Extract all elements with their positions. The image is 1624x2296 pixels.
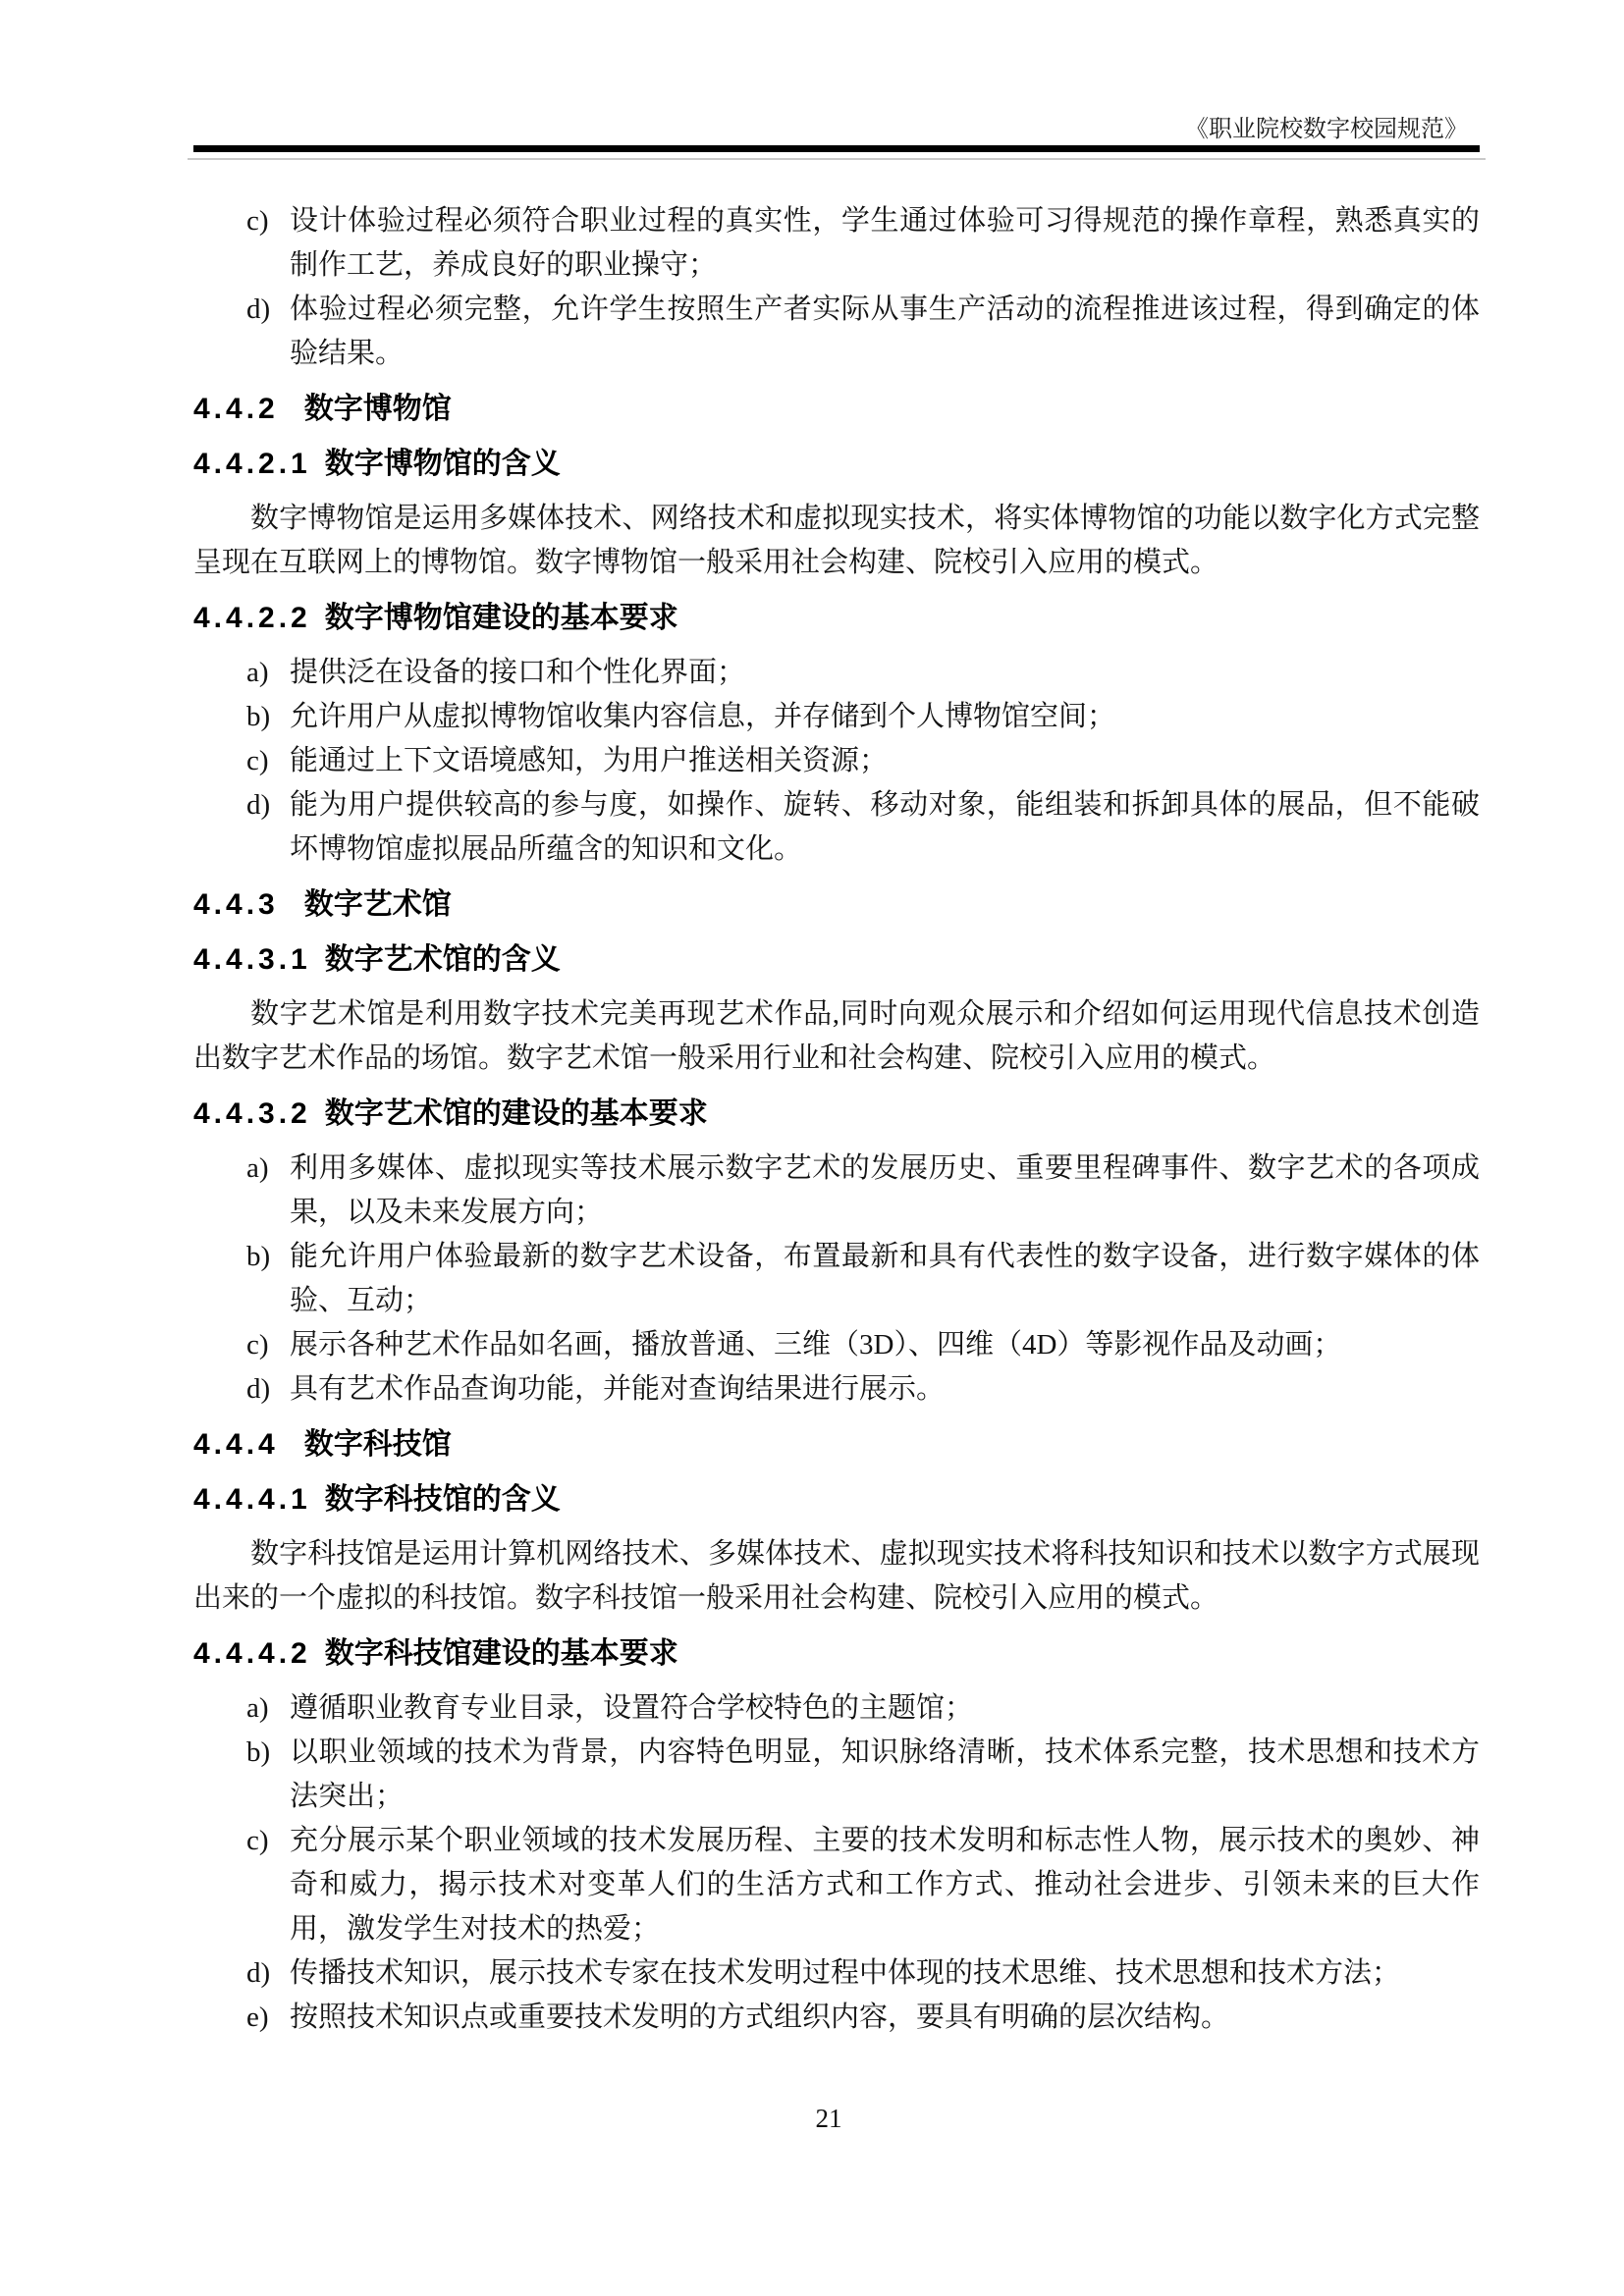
- section-title: 数字艺术馆的含义: [325, 943, 561, 976]
- list-item-text: 能为用户提供较高的参与度，如操作、旋转、移动对象，能组装和拆卸具体的展品，但不能…: [290, 789, 1480, 865]
- section-heading-4-4-4-2: 4.4.4.2数字科技馆建设的基本要求: [193, 1631, 1480, 1676]
- list-item-marker: a): [246, 651, 269, 695]
- list-item: b) 能允许用户体验最新的数字艺术设备，布置最新和具有代表性的数字设备，进行数字…: [193, 1235, 1480, 1323]
- list-item-marker: c): [246, 739, 269, 783]
- section-number: 4.4.4.1: [193, 1483, 311, 1516]
- list-item: c) 能通过上下文语境感知，为用户推送相关资源；: [193, 739, 1480, 783]
- page-number: 21: [0, 2103, 1624, 2134]
- section-number: 4.4.3: [193, 888, 279, 921]
- list-item-text: 设计体验过程必须符合职业过程的真实性，学生通过体验可习得规范的操作章程，熟悉真实…: [290, 205, 1480, 281]
- section-number: 4.4.2: [193, 393, 279, 425]
- list-item-text: 展示各种艺术作品如名画，播放普通、三维（3D）、四维（4D）等影视作品及动画；: [290, 1329, 1341, 1361]
- header-rule: [193, 145, 1480, 152]
- list-item-text: 传播技术知识，展示技术专家在技术发明过程中体现的技术思维、技术思想和技术方法；: [290, 1957, 1400, 1989]
- list-item-text: 允许用户从虚拟博物馆收集内容信息，并存储到个人博物馆空间；: [290, 701, 1115, 732]
- list-item-text: 能通过上下文语境感知，为用户推送相关资源；: [290, 745, 888, 776]
- document-body: c) 设计体验过程必须符合职业过程的真实性，学生通过体验可习得规范的操作章程，熟…: [193, 199, 1480, 2040]
- section-title: 数字博物馆: [304, 393, 452, 425]
- list-item-text: 以职业领域的技术为背景，内容特色明显，知识脉络清晰，技术体系完整，技术思想和技术…: [290, 1736, 1480, 1812]
- section-heading-4-4-2-2: 4.4.2.2数字博物馆建设的基本要求: [193, 596, 1480, 640]
- list-item-marker: b): [246, 695, 270, 739]
- section-title: 数字博物馆的含义: [325, 448, 561, 480]
- section-heading-4-4-2: 4.4.2数字博物馆: [193, 387, 1480, 431]
- list-item: e) 按照技术知识点或重要技术发明的方式组织内容，要具有明确的层次结构。: [193, 1996, 1480, 2040]
- list-item: b) 以职业领域的技术为背景，内容特色明显，知识脉络清晰，技术体系完整，技术思想…: [193, 1731, 1480, 1819]
- section-heading-4-4-3: 4.4.3数字艺术馆: [193, 882, 1480, 927]
- list-item: c) 展示各种艺术作品如名画，播放普通、三维（3D）、四维（4D）等影视作品及动…: [193, 1323, 1480, 1367]
- list-item-marker: e): [246, 1996, 269, 2040]
- list-item-marker: c): [246, 1819, 269, 1863]
- paragraph: 数字科技馆是运用计算机网络技术、多媒体技术、虚拟现实技术将科技知识和技术以数字方…: [193, 1532, 1480, 1621]
- section-number: 4.4.3.2: [193, 1097, 311, 1130]
- section-number: 4.4.2.1: [193, 448, 311, 480]
- list-item-marker: a): [246, 1686, 269, 1731]
- document-page: 《职业院校数字校园规范》 c) 设计体验过程必须符合职业过程的真实性，学生通过体…: [0, 0, 1624, 2296]
- list-item: d) 体验过程必须完整，允许学生按照生产者实际从事生产活动的流程推进该过程，得到…: [193, 288, 1480, 376]
- paragraph: 数字艺术馆是利用数字技术完美再现艺术作品,同时向观众展示和介绍如何运用现代信息技…: [193, 992, 1480, 1081]
- list-item: d) 传播技术知识，展示技术专家在技术发明过程中体现的技术思维、技术思想和技术方…: [193, 1951, 1480, 1996]
- section-title: 数字科技馆建设的基本要求: [325, 1637, 678, 1670]
- list-item-marker: d): [246, 783, 270, 828]
- section-title: 数字博物馆建设的基本要求: [325, 602, 678, 634]
- list-item-text: 按照技术知识点或重要技术发明的方式组织内容，要具有明确的层次结构。: [290, 2002, 1229, 2033]
- section-number: 4.4.4.2: [193, 1637, 311, 1670]
- list-item: a) 利用多媒体、虚拟现实等技术展示数字艺术的发展历史、重要里程碑事件、数字艺术…: [193, 1147, 1480, 1235]
- list-item-marker: a): [246, 1147, 269, 1191]
- section-number: 4.4.4: [193, 1428, 279, 1461]
- section-heading-4-4-4: 4.4.4数字科技馆: [193, 1422, 1480, 1467]
- list-item-text: 提供泛在设备的接口和个性化界面；: [290, 657, 745, 688]
- section-heading-4-4-4-1: 4.4.4.1数字科技馆的含义: [193, 1477, 1480, 1522]
- header-rule-shadow: [188, 158, 1486, 160]
- list-item-marker: d): [246, 288, 270, 332]
- list-item-text: 能允许用户体验最新的数字艺术设备，布置最新和具有代表性的数字设备，进行数字媒体的…: [290, 1241, 1480, 1316]
- list-item-marker: c): [246, 199, 269, 243]
- list-item: c) 充分展示某个职业领域的技术发展历程、主要的技术发明和标志性人物，展示技术的…: [193, 1819, 1480, 1951]
- list-item: a) 遵循职业教育专业目录，设置符合学校特色的主题馆；: [193, 1686, 1480, 1731]
- list-item-text: 充分展示某个职业领域的技术发展历程、主要的技术发明和标志性人物，展示技术的奥妙、…: [290, 1825, 1480, 1945]
- list-item-marker: b): [246, 1731, 270, 1775]
- section-number: 4.4.3.1: [193, 943, 311, 976]
- section-title: 数字科技馆的含义: [325, 1483, 561, 1516]
- section-title: 数字艺术馆的建设的基本要求: [325, 1097, 708, 1130]
- section-heading-4-4-2-1: 4.4.2.1数字博物馆的含义: [193, 442, 1480, 486]
- list-item: d) 具有艺术作品查询功能，并能对查询结果进行展示。: [193, 1367, 1480, 1412]
- list-item-text: 具有艺术作品查询功能，并能对查询结果进行展示。: [290, 1373, 945, 1405]
- list-item-text: 遵循职业教育专业目录，设置符合学校特色的主题馆；: [290, 1692, 973, 1724]
- list-item-marker: d): [246, 1951, 270, 1996]
- list-item-marker: b): [246, 1235, 270, 1279]
- list-item-text: 利用多媒体、虚拟现实等技术展示数字艺术的发展历史、重要里程碑事件、数字艺术的各项…: [290, 1152, 1480, 1228]
- list-item: b) 允许用户从虚拟博物馆收集内容信息，并存储到个人博物馆空间；: [193, 695, 1480, 739]
- list-item: a) 提供泛在设备的接口和个性化界面；: [193, 651, 1480, 695]
- paragraph: 数字博物馆是运用多媒体技术、网络技术和虚拟现实技术，将实体博物馆的功能以数字化方…: [193, 497, 1480, 585]
- section-number: 4.4.2.2: [193, 602, 311, 634]
- section-heading-4-4-3-2: 4.4.3.2数字艺术馆的建设的基本要求: [193, 1092, 1480, 1136]
- list-item: d) 能为用户提供较高的参与度，如操作、旋转、移动对象，能组装和拆卸具体的展品，…: [193, 783, 1480, 872]
- list-item: c) 设计体验过程必须符合职业过程的真实性，学生通过体验可习得规范的操作章程，熟…: [193, 199, 1480, 288]
- section-heading-4-4-3-1: 4.4.3.1数字艺术馆的含义: [193, 937, 1480, 982]
- running-header-title: 《职业院校数字校园规范》: [1185, 116, 1468, 143]
- list-item-marker: d): [246, 1367, 270, 1412]
- section-title: 数字科技馆: [304, 1428, 452, 1461]
- list-item-text: 体验过程必须完整，允许学生按照生产者实际从事生产活动的流程推进该过程，得到确定的…: [290, 294, 1480, 369]
- list-item-marker: c): [246, 1323, 269, 1367]
- section-title: 数字艺术馆: [304, 888, 452, 921]
